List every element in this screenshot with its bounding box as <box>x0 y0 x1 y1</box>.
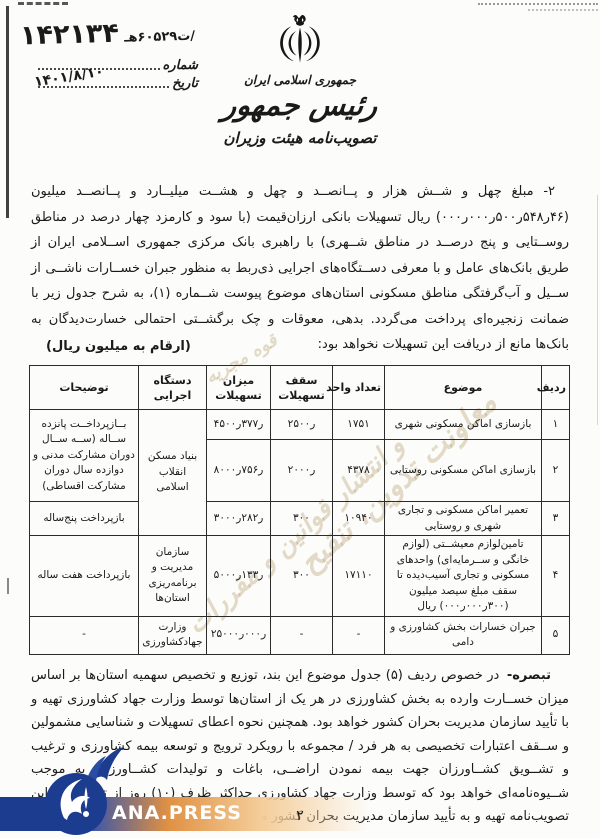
table-row: ۵ جبران خسارات بخش کشاورزی و دامی - - ۲۵… <box>30 616 570 654</box>
cell-amount: ۸ر۷۵۶ر۰۰۰ <box>207 440 271 502</box>
scan-edge-mark <box>7 578 9 594</box>
col-header-cap: سقف تسهیلات <box>271 366 333 410</box>
cell-amount: ۵ر۱۳۳ر۰۰۰ <box>207 536 271 617</box>
decree-number-main: ۱۴۲۱۳۴ <box>20 18 120 52</box>
cell-row-number: ۲ <box>542 440 570 502</box>
cell-remarks: بازپرداخت پنج‌ساله <box>30 502 139 536</box>
cell-units: ۱۰۹۴۰ <box>333 502 385 536</box>
col-header-agency: دستگاه اجرایی <box>139 366 207 410</box>
document-page: معاونت تدوین، تنقیح و انتشار قوانین و مق… <box>0 0 600 838</box>
col-header-remarks: توضیحات <box>30 366 139 410</box>
cell-subject: بازسازی اماکن مسکونی روستایی <box>385 440 542 502</box>
scan-dash-mark <box>18 2 68 5</box>
scan-edge-line <box>597 195 598 425</box>
cell-cap: ۳۰۰ <box>271 536 333 617</box>
cell-units: ۴۳۷۸ <box>333 440 385 502</box>
col-header-subject: موضوع <box>385 366 542 410</box>
table-caption: (ارقام به میلیون ریال) <box>46 339 191 354</box>
cell-row-number: ۵ <box>542 616 570 654</box>
decree-subtitle: تصویب‌نامه هیئت وزیران <box>160 129 440 147</box>
note-label: تبصره- <box>507 668 551 683</box>
cell-units: ۱۷۱۱۰ <box>333 536 385 617</box>
cell-cap: ۲ر۰۰۰ <box>271 440 333 502</box>
scan-dotted-mark <box>528 9 598 11</box>
cell-row-number: ۱ <box>542 410 570 440</box>
table-row: ۳ تعمیر اماکن مسکونی و تجاری شهری و روست… <box>30 502 570 536</box>
letterhead: جمهوری اسلامی ایران رئیس جمهور تصویب‌نام… <box>160 14 440 147</box>
cell-agency: بنیاد مسکن انقلاب اسلامی <box>139 410 207 536</box>
cell-remarks: - <box>30 616 139 654</box>
cell-row-number: ۴ <box>542 536 570 617</box>
table-row: ۴ تامین‌لوازم معیشــتی (لوازم خانگی و سـ… <box>30 536 570 617</box>
cell-cap: - <box>271 616 333 654</box>
cell-remarks: بــازپرداخــت پانزده ســاله (ســه ســال … <box>30 410 139 502</box>
page-number: ۲ <box>0 808 600 824</box>
col-header-units: تعداد واحد <box>333 366 385 410</box>
iran-emblem-icon <box>274 14 326 70</box>
cell-subject: بازسازی اماکن مسکونی شهری <box>385 410 542 440</box>
cell-amount: ۳ر۲۸۲ر۰۰۰ <box>207 502 271 536</box>
cell-units: - <box>333 616 385 654</box>
cell-remarks: بازپرداخت هفت ساله <box>30 536 139 617</box>
cell-agency: سازمان مدیریت و برنامه‌ریزی استان‌ها <box>139 536 207 617</box>
table-header-row: ردیف موضوع تعداد واحد سقف تسهیلات میزان … <box>30 366 570 410</box>
col-header-row-number: ردیف <box>542 366 570 410</box>
scan-dotted-mark <box>478 3 598 5</box>
cell-agency: وزارت جهادکشاورزی <box>139 616 207 654</box>
table-row: ۱ بازسازی اماکن مسکونی شهری ۱۷۵۱ ۲ر۵۰۰ ۴… <box>30 410 570 440</box>
cell-row-number: ۳ <box>542 502 570 536</box>
country-name: جمهوری اسلامی ایران <box>160 73 440 87</box>
cell-cap: ۲ر۵۰۰ <box>271 410 333 440</box>
cell-subject: تعمیر اماکن مسکونی و تجاری شهری و روستای… <box>385 502 542 536</box>
col-header-amount: میزان تسهیلات <box>207 366 271 410</box>
cell-units: ۱۷۵۱ <box>333 410 385 440</box>
president-title: رئیس جمهور <box>158 88 442 122</box>
cell-subject: تامین‌لوازم معیشــتی (لوازم خانگی و ســر… <box>385 536 542 617</box>
cell-amount: ۲۵ر۰۰۰ر۰۰۰ <box>207 616 271 654</box>
scan-edge-line <box>6 6 9 218</box>
clause-2-paragraph: ۲- مبلغ چهل و شــش هزار و پــانصــد و چه… <box>31 179 569 358</box>
cell-subject: جبران خسارات بخش کشاورزی و دامی <box>385 616 542 654</box>
cell-cap: ۳۰۰ <box>271 502 333 536</box>
facilities-table: ردیف موضوع تعداد واحد سقف تسهیلات میزان … <box>29 365 570 655</box>
cell-amount: ۴ر۳۷۷ر۵۰۰ <box>207 410 271 440</box>
